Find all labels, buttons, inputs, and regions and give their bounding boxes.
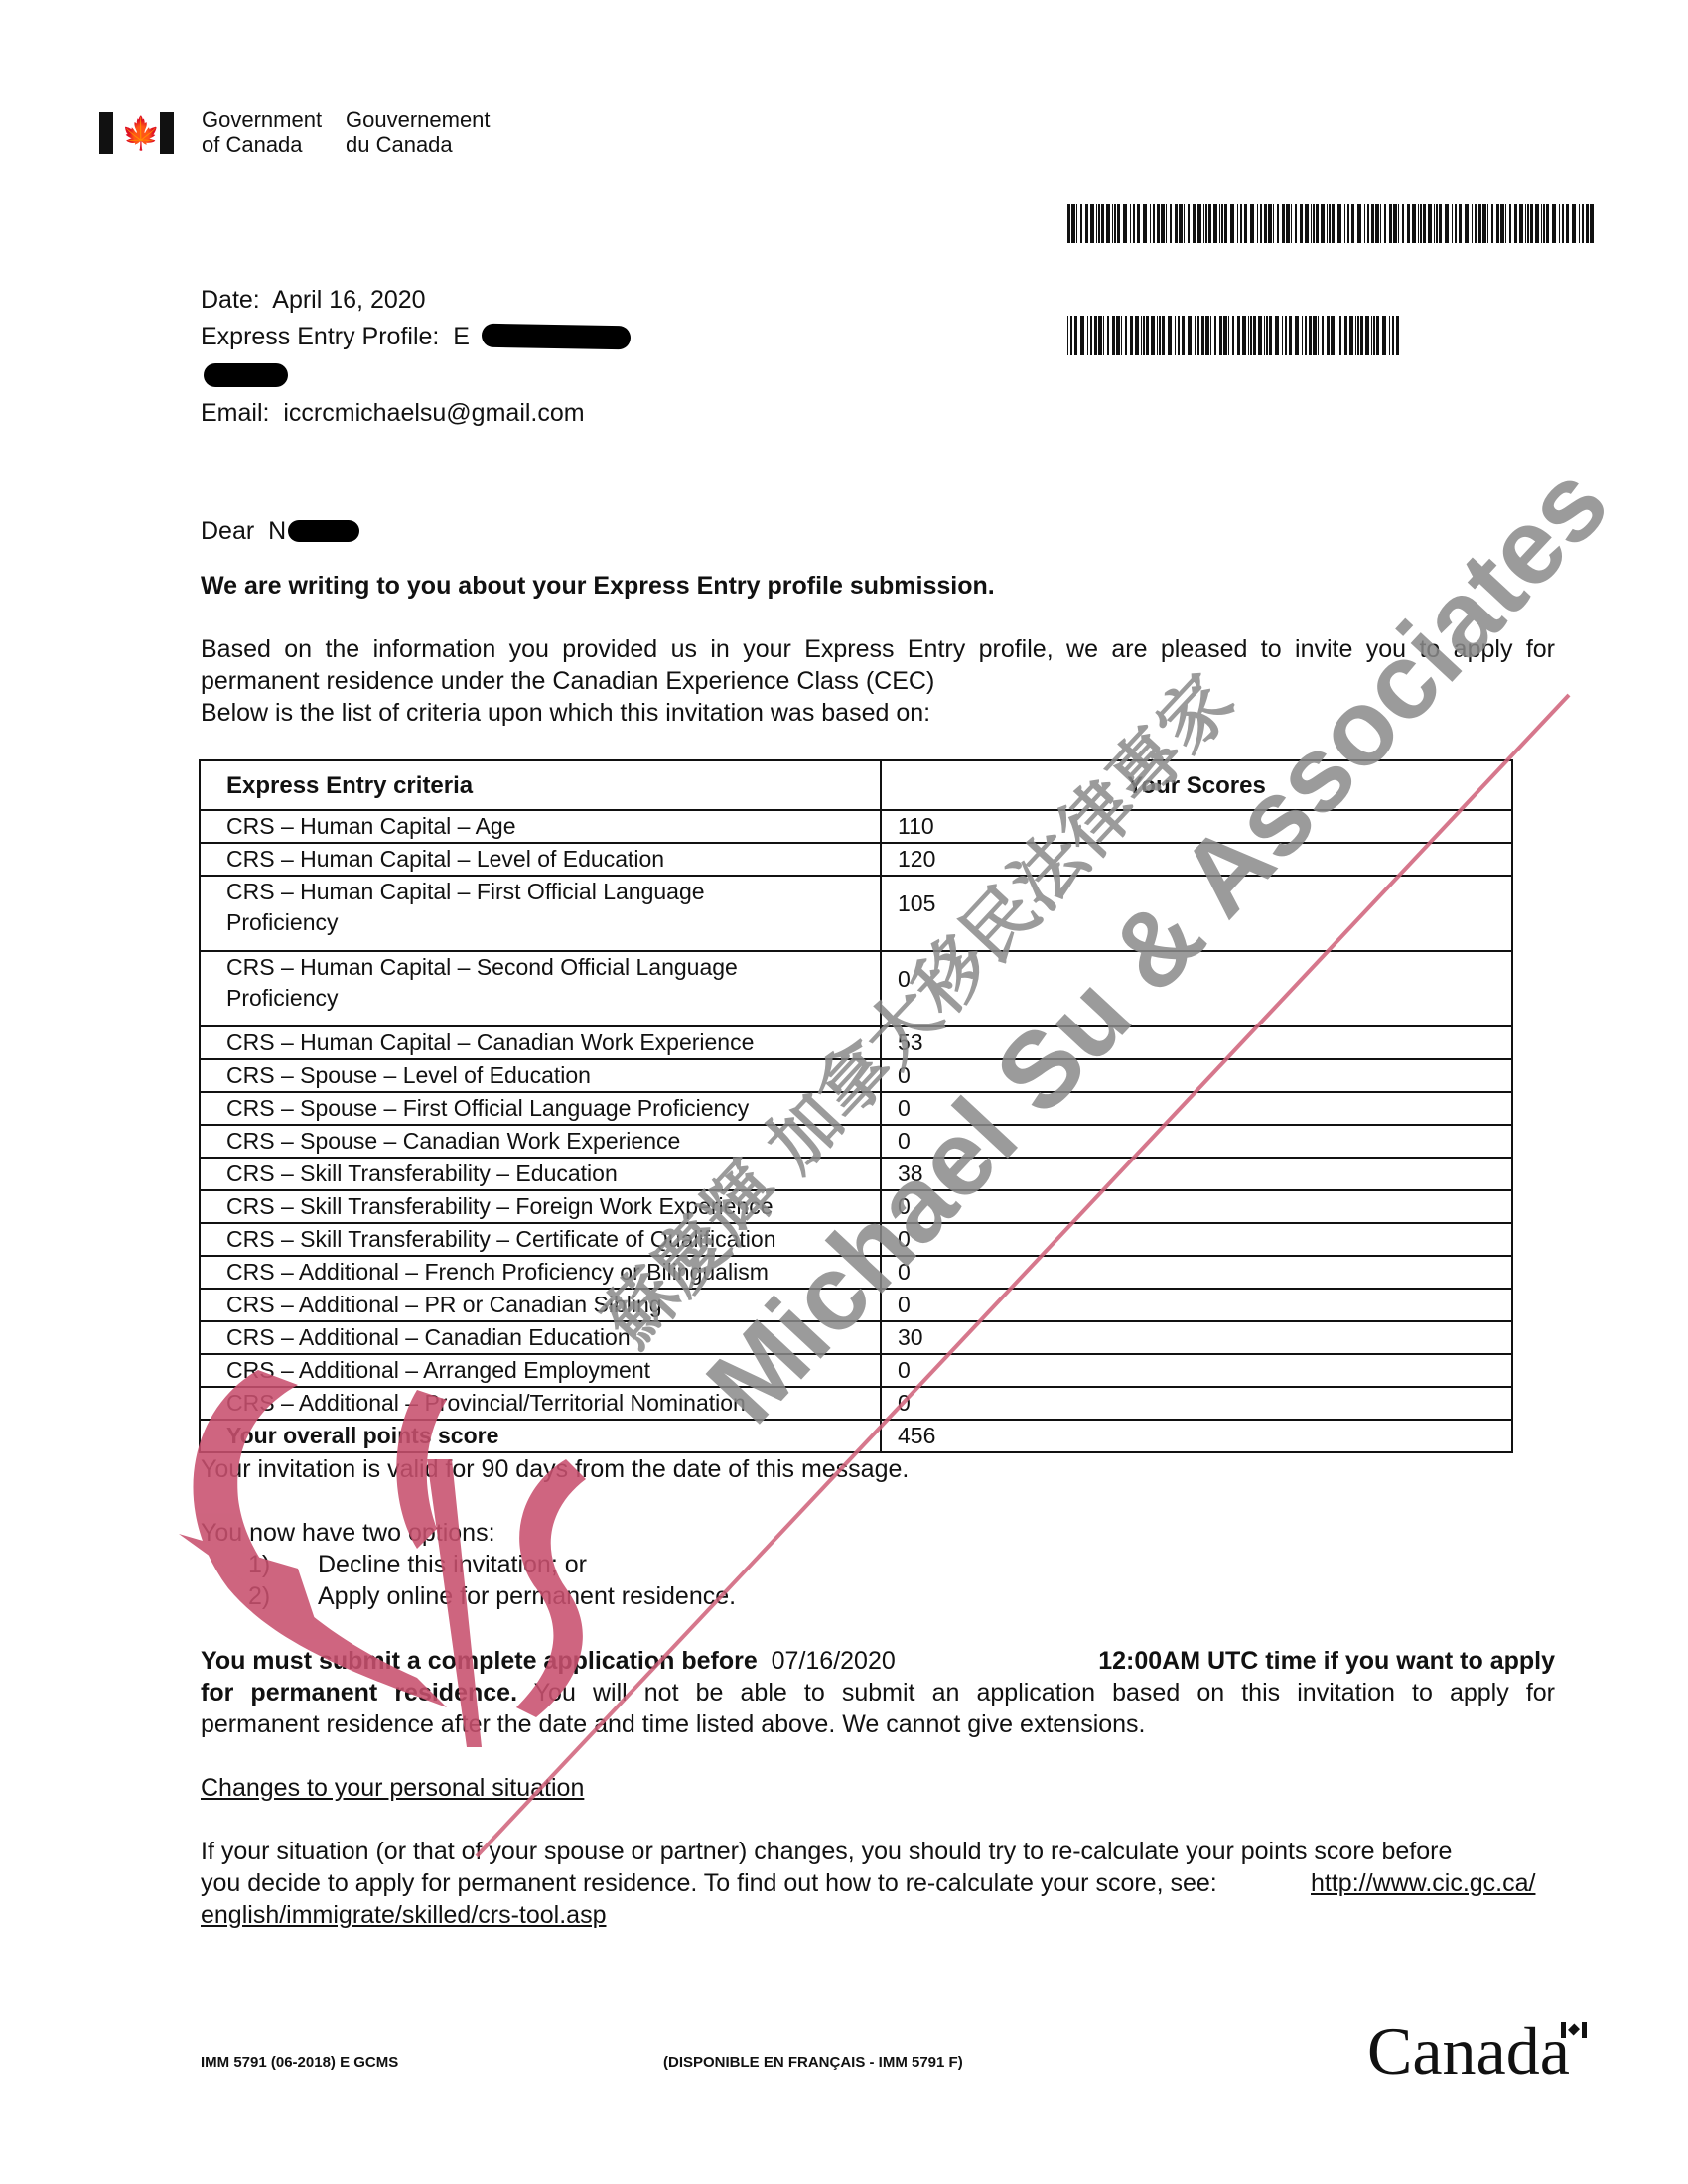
government-of-canada-en: Government of Canada xyxy=(202,107,322,157)
criteria-label: CRS – Spouse – Level of Education xyxy=(200,1059,881,1092)
criteria-label: CRS – Skill Transferability – Education xyxy=(200,1158,881,1190)
table-row: CRS – Additional – Arranged Employment0 xyxy=(200,1354,1512,1387)
criteria-label: CRS – Human Capital – First Official Lan… xyxy=(200,876,881,951)
criteria-label: CRS – Skill Transferability – Foreign Wo… xyxy=(200,1190,881,1223)
criteria-score: 0 xyxy=(881,1289,1512,1321)
criteria-score: 110 xyxy=(881,810,1512,843)
barcode-top xyxy=(1067,204,1599,243)
email-line: Email: iccrcmichaelsu@gmail.com xyxy=(201,397,585,429)
express-entry-profile: Express Entry Profile: E xyxy=(201,321,470,352)
criteria-score: 0 xyxy=(881,1092,1512,1125)
total-row: Your overall points score456 xyxy=(200,1420,1512,1452)
french-availability-note: (DISPONIBLE EN FRANÇAIS - IMM 5791 F) xyxy=(663,2054,963,2071)
options-intro: You now have two options: xyxy=(201,1517,495,1549)
table-row: CRS – Human Capital – Level of Education… xyxy=(200,843,1512,876)
criteria-score: 0 xyxy=(881,1223,1512,1256)
crs-tool-link-part1[interactable]: http://www.cic.gc.ca/ xyxy=(1311,1867,1535,1899)
option-1-text: Decline this invitation; or xyxy=(318,1549,587,1580)
criteria-score: 0 xyxy=(881,1190,1512,1223)
column-header-scores: Your Scores xyxy=(881,760,1512,810)
redaction-profile-number xyxy=(482,324,631,350)
criteria-label: CRS – Spouse – First Official Language P… xyxy=(200,1092,881,1125)
criteria-label: CRS – Human Capital – Age xyxy=(200,810,881,843)
criteria-label: CRS – Additional – Provincial/Territoria… xyxy=(200,1387,881,1420)
option-2-text: Apply online for permanent residence. xyxy=(318,1580,736,1612)
deadline-line-1: You must submit a complete application b… xyxy=(201,1645,1555,1677)
criteria-score: 0 xyxy=(881,1387,1512,1420)
column-header-criteria: Express Entry criteria xyxy=(200,760,881,810)
table-row: CRS – Spouse – Level of Education0 xyxy=(200,1059,1512,1092)
canada-wordmark-flag-icon xyxy=(1561,2022,1587,2038)
intro-line-3: Below is the list of criteria upon which… xyxy=(201,697,930,729)
changes-line-2: you decide to apply for permanent reside… xyxy=(201,1867,1217,1899)
criteria-score: 30 xyxy=(881,1321,1512,1354)
table-row: CRS – Skill Transferability – Foreign Wo… xyxy=(200,1190,1512,1223)
table-row: CRS – Additional – Canadian Education30 xyxy=(200,1321,1512,1354)
table-row: CRS – Skill Transferability – Certificat… xyxy=(200,1223,1512,1256)
criteria-label: CRS – Additional – Arranged Employment xyxy=(200,1354,881,1387)
form-code: IMM 5791 (06-2018) E GCMS xyxy=(201,2054,398,2071)
validity-notice: Your invitation is valid for 90 days fro… xyxy=(201,1453,909,1485)
criteria-label: CRS – Human Capital – Level of Education xyxy=(200,843,881,876)
criteria-score: 0 xyxy=(881,1059,1512,1092)
deadline-line-2: for permanent residence. You will not be… xyxy=(201,1677,1555,1708)
gouvernement-du-canada-fr: Gouvernement du Canada xyxy=(346,107,491,157)
criteria-score: 0 xyxy=(881,1125,1512,1158)
canada-flag-icon: 🍁 xyxy=(99,112,174,154)
criteria-table: Express Entry criteria Your Scores CRS –… xyxy=(199,759,1513,1453)
option-2-number: 2) xyxy=(248,1580,270,1612)
table-row: CRS – Human Capital – Age110 xyxy=(200,810,1512,843)
intro-line-2: permanent residence under the Canadian E… xyxy=(201,665,934,697)
criteria-score: 0 xyxy=(881,1256,1512,1289)
table-row: CRS – Additional – Provincial/Territoria… xyxy=(200,1387,1512,1420)
crs-tool-link-part2[interactable]: english/immigrate/skilled/crs-tool.asp xyxy=(201,1899,606,1931)
criteria-score: 53 xyxy=(881,1026,1512,1059)
intro-line-1: Based on the information you provided us… xyxy=(201,633,1555,665)
total-label: Your overall points score xyxy=(200,1420,881,1452)
table-row: CRS – Spouse – Canadian Work Experience0 xyxy=(200,1125,1512,1158)
criteria-score: 120 xyxy=(881,843,1512,876)
criteria-label: CRS – Human Capital – Second Official La… xyxy=(200,951,881,1026)
letter-subject: We are writing to you about your Express… xyxy=(201,570,995,602)
table-header-row: Express Entry criteria Your Scores xyxy=(200,760,1512,810)
criteria-score: 0 xyxy=(881,1354,1512,1387)
criteria-score: 0 xyxy=(881,951,1512,1026)
table-row: CRS – Spouse – First Official Language P… xyxy=(200,1092,1512,1125)
criteria-label: CRS – Additional – PR or Canadian Siblin… xyxy=(200,1289,881,1321)
criteria-label: CRS – Spouse – Canadian Work Experience xyxy=(200,1125,881,1158)
redaction-name xyxy=(288,520,359,542)
total-score: 456 xyxy=(881,1420,1512,1452)
changes-line-1: If your situation (or that of your spous… xyxy=(201,1836,1452,1867)
criteria-label: CRS – Additional – French Proficiency or… xyxy=(200,1256,881,1289)
changes-heading: Changes to your personal situation xyxy=(201,1772,584,1804)
salutation: Dear N xyxy=(201,515,286,547)
redaction-profile-number-line2 xyxy=(204,363,288,387)
table-row: CRS – Additional – PR or Canadian Siblin… xyxy=(200,1289,1512,1321)
table-row: CRS – Human Capital – First Official Lan… xyxy=(200,876,1512,951)
criteria-score: 38 xyxy=(881,1158,1512,1190)
criteria-label: CRS – Additional – Canadian Education xyxy=(200,1321,881,1354)
table-row: CRS – Additional – French Proficiency or… xyxy=(200,1256,1512,1289)
deadline-line-3: permanent residence after the date and t… xyxy=(201,1708,1146,1740)
criteria-label: CRS – Skill Transferability – Certificat… xyxy=(200,1223,881,1256)
table-row: CRS – Human Capital – Second Official La… xyxy=(200,951,1512,1026)
option-1-number: 1) xyxy=(248,1549,270,1580)
canada-wordmark: Canada xyxy=(1367,2015,1570,2087)
criteria-score: 105 xyxy=(881,876,1512,951)
table-row: CRS – Skill Transferability – Education3… xyxy=(200,1158,1512,1190)
barcode-profile xyxy=(1067,316,1405,355)
criteria-label: CRS – Human Capital – Canadian Work Expe… xyxy=(200,1026,881,1059)
table-row: CRS – Human Capital – Canadian Work Expe… xyxy=(200,1026,1512,1059)
letter-date: Date: April 16, 2020 xyxy=(201,284,426,316)
